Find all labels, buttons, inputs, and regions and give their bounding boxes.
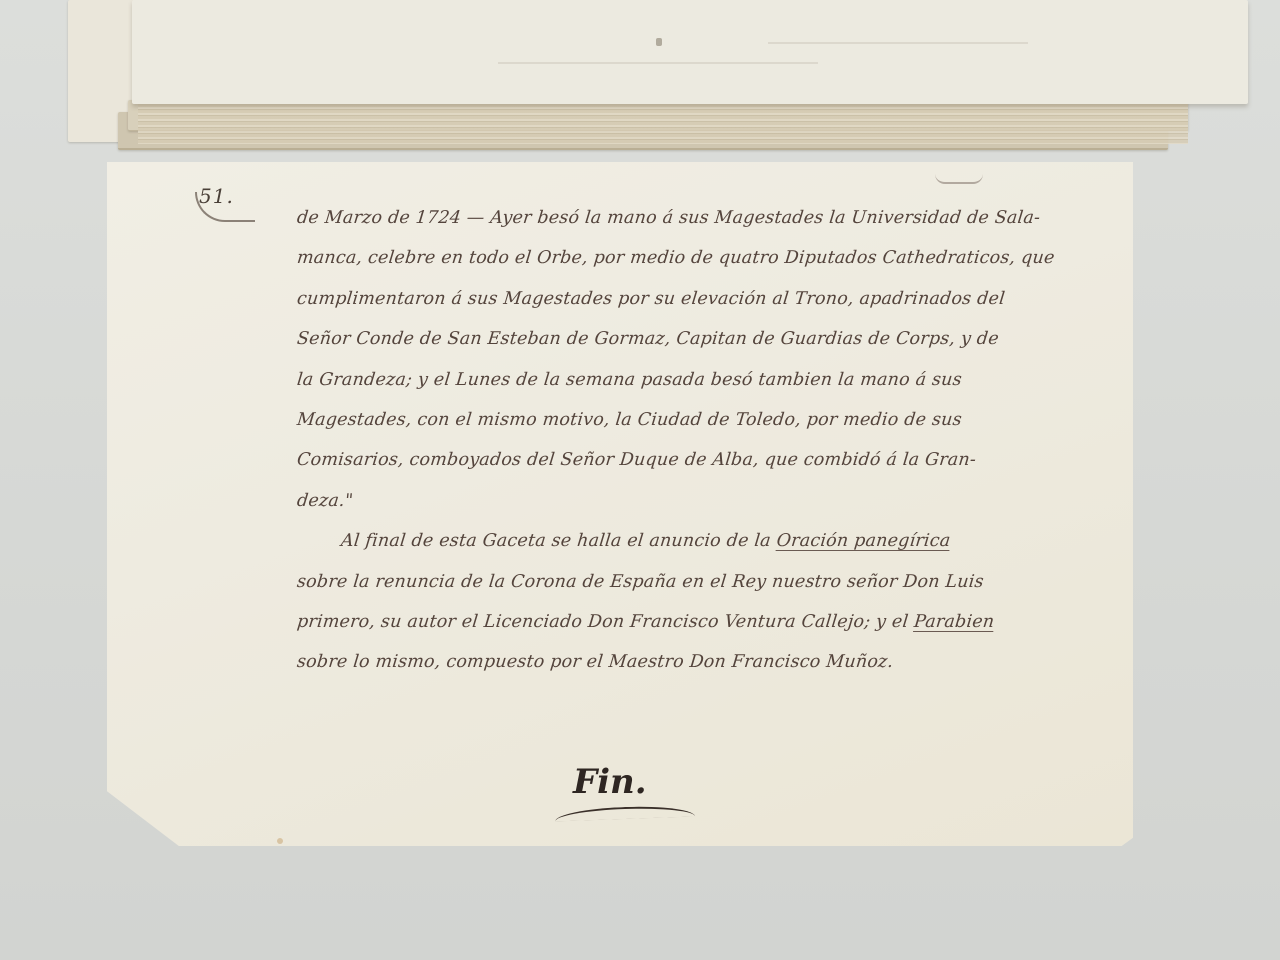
folio-number: 51. xyxy=(199,184,234,208)
manuscript-text: de Marzo de 1724 — Ayer besó la mano á s… xyxy=(297,198,1117,683)
closing-flourish xyxy=(555,805,695,822)
paragraph2-line-2: sobre la renuncia de la Corona de España… xyxy=(295,562,1119,602)
underlined-title: Oración panegírica xyxy=(776,531,952,551)
paragraph2-line-3: primero, su autor el Licenciado Don Fran… xyxy=(295,602,1119,642)
closing-word: Fin. xyxy=(573,762,647,802)
text-segment: primero, su autor el Licenciado Don Fran… xyxy=(296,612,915,632)
text-line: deza." xyxy=(295,481,1119,521)
stack-page-edges xyxy=(138,104,1188,144)
text-line: cumplimentaron á sus Magestades por su e… xyxy=(295,279,1119,319)
paragraph2-line-4: sobre lo mismo, compuesto por el Maestro… xyxy=(295,642,1119,682)
page-stack xyxy=(68,0,1180,150)
text-segment: Al final de esta Gaceta se halla el anun… xyxy=(340,531,778,551)
bleed-through-text xyxy=(498,62,818,64)
text-line: Comisarios, comboyados del Señor Duque d… xyxy=(295,440,1119,480)
text-line: Magestades, con el mismo motivo, la Ciud… xyxy=(295,400,1119,440)
text-line: de Marzo de 1724 — Ayer besó la mano á s… xyxy=(295,198,1119,238)
text-line: Señor Conde de San Esteban de Gormaz, Ca… xyxy=(295,319,1119,359)
paragraph2-line-1: Al final de esta Gaceta se halla el anun… xyxy=(295,521,1119,561)
underlined-title: Parabien xyxy=(913,612,995,632)
manuscript-page: 51. de Marzo de 1724 — Ayer besó la mano… xyxy=(107,162,1133,846)
bleed-through-text xyxy=(768,42,1028,44)
text-line: manca, celebre en todo el Orbe, por medi… xyxy=(295,238,1119,278)
text-line: la Grandeza; y el Lunes de la semana pas… xyxy=(295,360,1119,400)
ink-spot xyxy=(656,38,662,46)
ink-flourish xyxy=(935,174,983,184)
stack-top-leaf xyxy=(132,0,1248,104)
